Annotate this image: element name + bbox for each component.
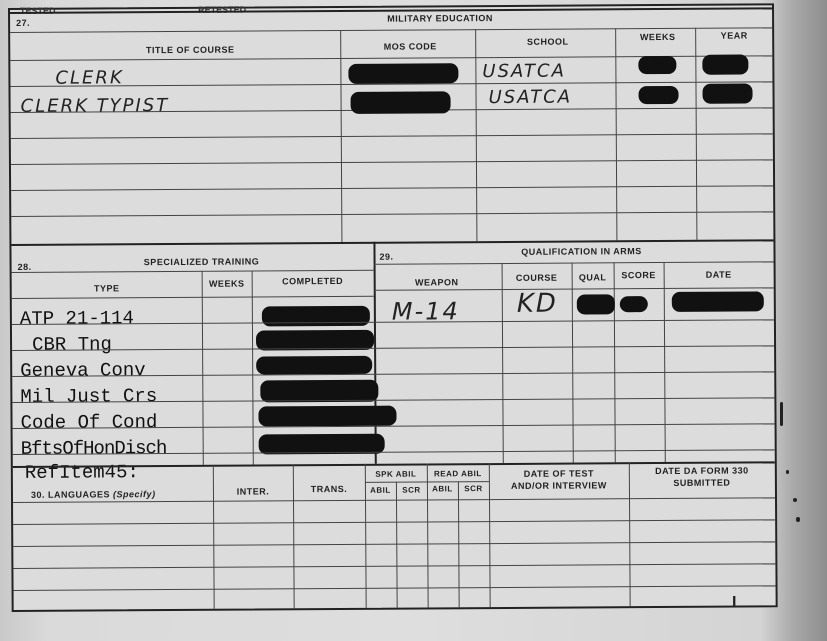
- margin-dot: [786, 470, 789, 474]
- course-1-school: USATCA: [482, 61, 566, 83]
- margin-dot: [796, 517, 800, 522]
- section-30-number: 30.: [31, 490, 45, 500]
- col-submitted: SUBMITTED: [629, 477, 775, 488]
- col-date: DATE: [664, 269, 774, 280]
- training-1-type: ATP 21-114: [20, 307, 134, 330]
- col-score: SCORE: [614, 270, 664, 280]
- training-4-type: Mil Just Crs: [20, 385, 157, 408]
- col-interview: AND/OR INTERVIEW: [489, 480, 629, 491]
- course-2-weeks-redacted: [638, 86, 678, 104]
- course-1-year-redacted: [702, 54, 748, 74]
- course-1-mos-redacted: [348, 63, 458, 84]
- section-28-number: 28.: [18, 262, 32, 272]
- course-1-weeks-redacted: [638, 56, 676, 74]
- course-2-title: CLERK TYPIST: [21, 95, 170, 117]
- col-read-scr-sub: SCR: [458, 484, 489, 493]
- col-weeks: WEEKS: [620, 32, 695, 42]
- col-school: SCHOOL: [480, 36, 615, 47]
- col-title-of-course: TITLE OF COURSE: [90, 44, 290, 55]
- form-frame: TESTED RETESTED 27. MILITARY EDUCATION T…: [8, 3, 778, 612]
- margin-mark: [780, 402, 783, 426]
- section-27-number: 27.: [16, 18, 30, 28]
- arms-1-score-redacted: [620, 296, 648, 312]
- course-1-title: CLERK: [55, 67, 123, 88]
- arms-1-date-redacted: [672, 291, 764, 312]
- training-5-completed-redacted: [258, 406, 396, 427]
- col-qual: QUAL: [572, 272, 614, 282]
- arms-1-course: KD: [517, 289, 558, 319]
- col-read-abil: READ ABIL: [427, 469, 489, 478]
- col-year: YEAR: [698, 30, 770, 40]
- col-trans: TRANS.: [293, 484, 365, 494]
- scanned-page: TESTED RETESTED 27. MILITARY EDUCATION T…: [0, 0, 827, 641]
- section-29-title: QUALIFICATION IN ARMS: [481, 246, 681, 257]
- training-3-completed-redacted: [256, 356, 372, 375]
- arms-1-qual-redacted: [577, 294, 615, 314]
- col-mos-code: MOS CODE: [345, 41, 475, 52]
- section-30-heading: 30. LANGUAGES (Specify): [31, 489, 156, 500]
- section-28-title: SPECIALIZED TRAINING: [72, 256, 332, 268]
- col-course: COURSE: [502, 273, 572, 283]
- training-3-type: Geneva Conv: [20, 359, 146, 382]
- course-2-year-redacted: [702, 83, 752, 103]
- col-spk-abil-sub: ABIL: [365, 486, 396, 495]
- section-30-note: (Specify): [113, 489, 156, 499]
- col-weapon: WEAPON: [374, 277, 500, 288]
- section-27-title: MILITARY EDUCATION: [310, 13, 570, 25]
- col-spk-abil: SPK ABIL: [365, 469, 427, 478]
- page-mark: I: [732, 594, 736, 612]
- col-completed: COMPLETED: [252, 276, 374, 287]
- col-st-weeks: WEEKS: [202, 279, 252, 289]
- margin-dot: [793, 498, 797, 502]
- section-29-number: 29.: [379, 252, 393, 262]
- col-type: TYPE: [12, 283, 202, 294]
- col-spk-scr-sub: SCR: [396, 485, 427, 494]
- training-2-type: CBR Tng: [32, 333, 112, 355]
- col-inter: INTER.: [213, 486, 293, 496]
- training-5-type: Code Of Cond: [20, 411, 157, 434]
- col-date-da-form: DATE DA FORM 330: [629, 465, 775, 476]
- course-2-school: USATCA: [488, 87, 572, 109]
- training-6-type: BftsOfHonDisch: [21, 437, 167, 460]
- col-date-of-test: DATE OF TEST: [489, 468, 629, 479]
- col-read-abil-sub: ABIL: [427, 484, 458, 493]
- course-2-mos-redacted: [351, 91, 451, 114]
- section-30-title: LANGUAGES: [48, 489, 110, 499]
